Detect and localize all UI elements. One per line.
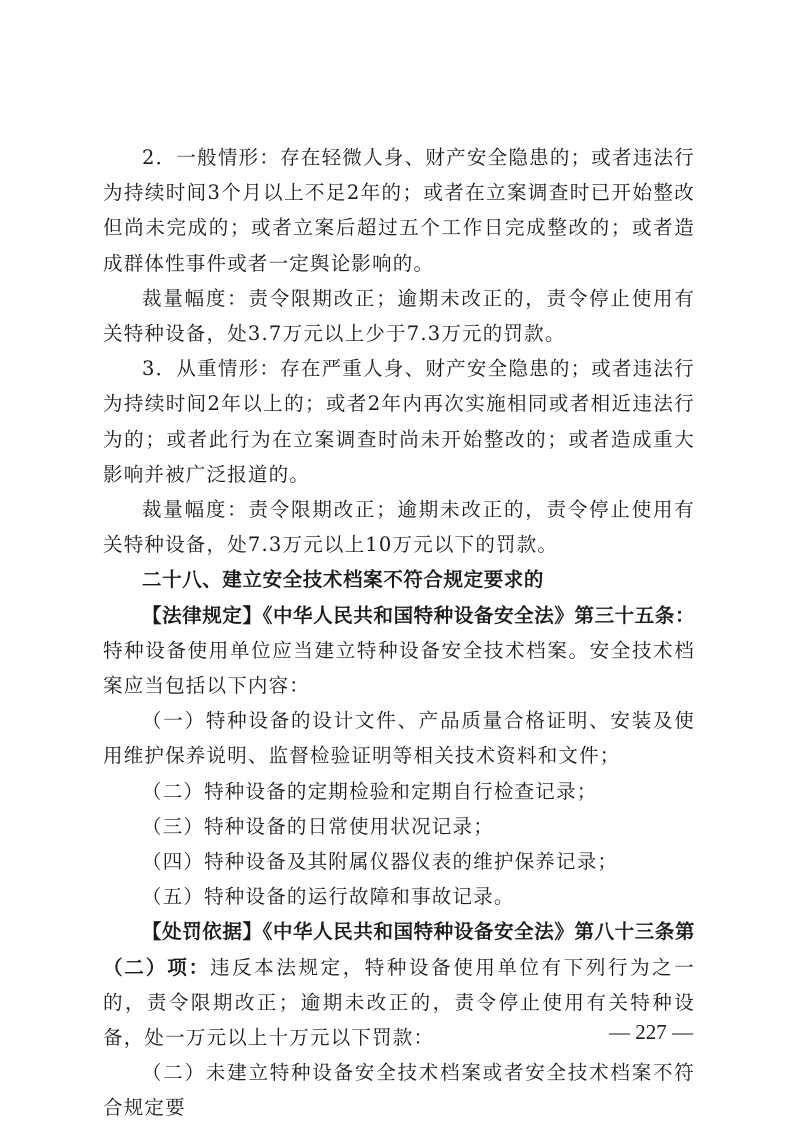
paragraph-general-case: 2．一般情形：存在轻微人身、财产安全隐患的；或者违法行为持续时间3个月以上不足2… (103, 140, 695, 281)
paragraph-general-penalty: 裁量幅度：责令限期改正；逾期未改正的，责令停止使用有关特种设备，处3.7万元以上… (103, 281, 695, 351)
paragraph-serious-case: 3．从重情形：存在严重人身、财产安全隐患的；或者违法行为持续时间2年以上的；或者… (103, 351, 695, 492)
paragraph-serious-penalty: 裁量幅度：责令限期改正；逾期未改正的，责令停止使用有关特种设备，处7.3万元以上… (103, 492, 695, 562)
list-item: （三）特种设备的日常使用状况记录； (103, 809, 695, 844)
penalty-item: （二）未建立特种设备安全技术档案或者安全技术档案不符合规定要 (103, 1055, 695, 1122)
document-page: 2．一般情形：存在轻微人身、财产安全隐患的；或者违法行为持续时间3个月以上不足2… (103, 140, 695, 1122)
penalty-basis: 【处罚依据】《中华人民共和国特种设备安全法》第八十三条第（二）项：违反本法规定，… (103, 914, 695, 1055)
list-item: （二）特种设备的定期检验和定期自行检查记录； (103, 774, 695, 809)
section-heading: 二十八、建立安全技术档案不符合规定要求的 (103, 562, 695, 597)
list-item: （四）特种设备及其附属仪器仪表的维护保养记录； (103, 844, 695, 879)
legal-provision-text: 特种设备使用单位应当建立特种设备安全技术档案。安全技术档案应当包括以下内容： (103, 639, 695, 697)
legal-provision: 【法律规定】《中华人民共和国特种设备安全法》第三十五条：特种设备使用单位应当建立… (103, 598, 695, 704)
list-item: （五）特种设备的运行故障和事故记录。 (103, 879, 695, 914)
legal-provision-label: 【法律规定】《中华人民共和国特种设备安全法》第三十五条： (142, 604, 695, 627)
list-item: （一）特种设备的设计文件、产品质量合格证明、安装及使用维护保养说明、监督检验证明… (103, 703, 695, 773)
page-number: — 227 — (609, 1020, 693, 1045)
